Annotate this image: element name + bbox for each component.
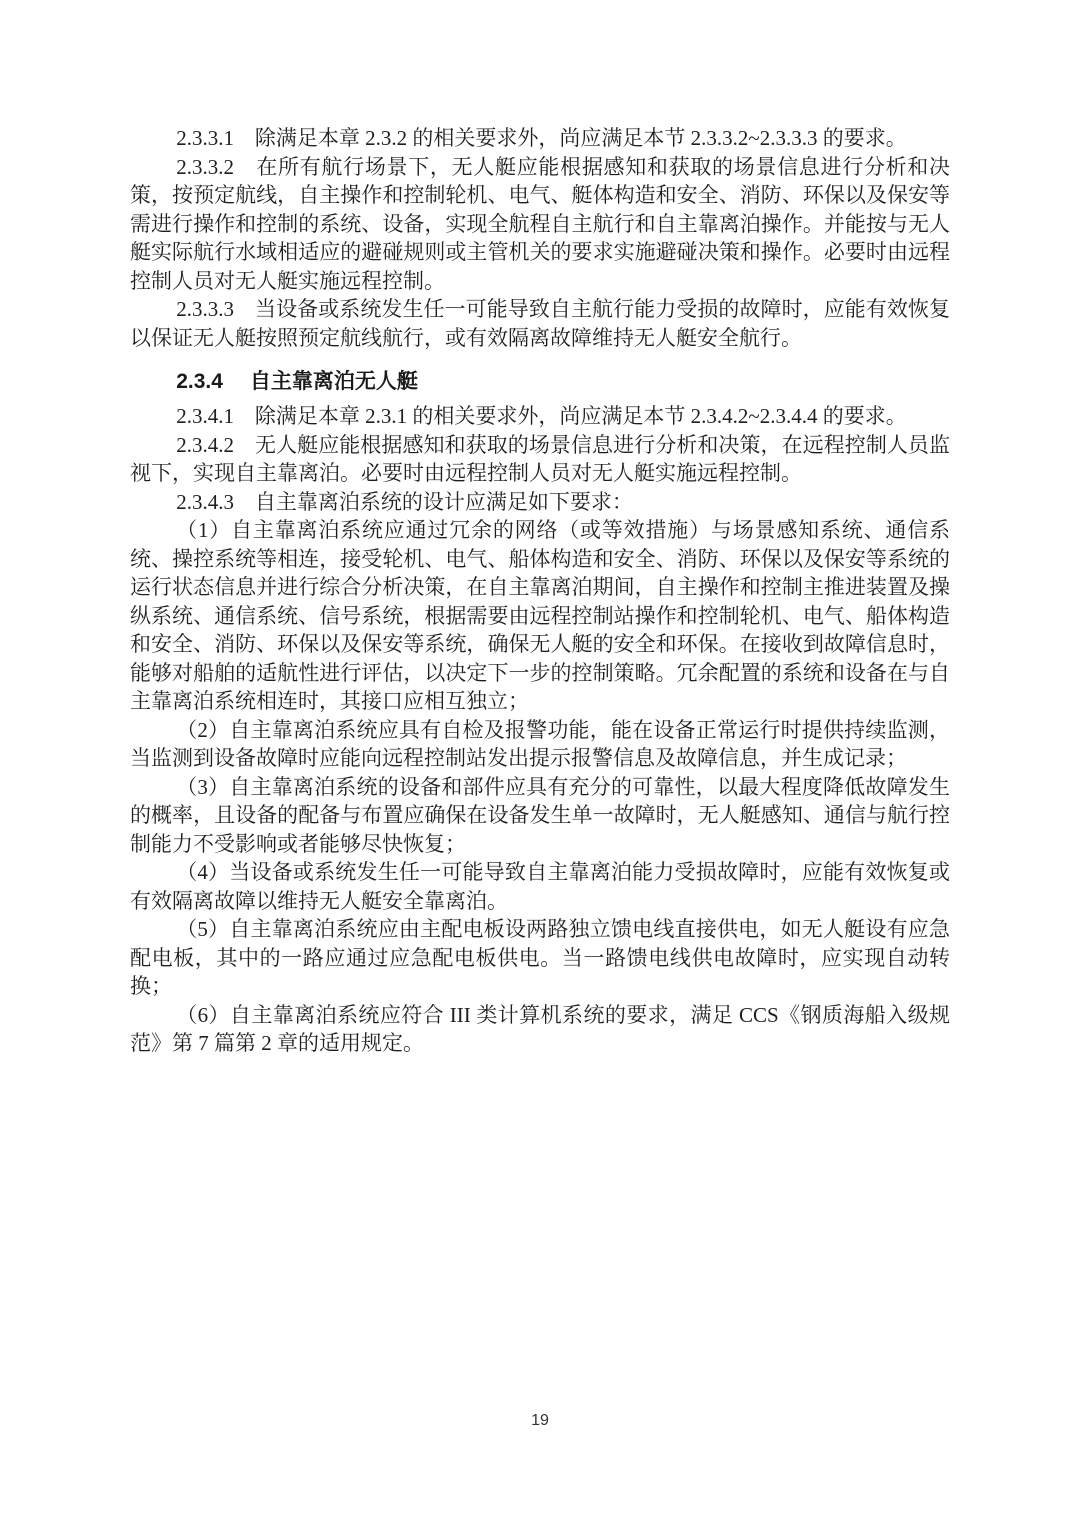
paragraph: 2.3.3.2 在所有航行场景下，无人艇应能根据感知和获取的场景信息进行分析和决… [130,153,950,296]
paragraph: （2）自主靠离泊系统应具有自检及报警功能，能在设备正常运行时提供持续监测，当监测… [130,716,950,773]
section-title: 自主靠离泊无人艇 [250,370,418,393]
paragraph: 2.3.4.3 自主靠离泊系统的设计应满足如下要求： [130,488,950,517]
paragraph: （4）当设备或系统发生任一可能导致自主靠离泊能力受损故障时，应能有效恢复或有效隔… [130,858,950,915]
paragraph: 2.3.3.3 当设备或系统发生任一可能导致自主航行能力受损的故障时，应能有效恢… [130,295,950,352]
paragraph: （6）自主靠离泊系统应符合 III 类计算机系统的要求，满足 CCS《钢质海船入… [130,1001,950,1058]
paragraph: （3）自主靠离泊系统的设备和部件应具有充分的可靠性，以最大程度降低故障发生的概率… [130,773,950,859]
paragraph: 2.3.3.1 除满足本章 2.3.2 的相关要求外，尚应满足本节 2.3.3.… [130,124,950,153]
section-number: 2.3.4 [176,370,223,393]
section-heading: 2.3.4自主靠离泊无人艇 [130,367,950,396]
document-body: 2.3.3.1 除满足本章 2.3.2 的相关要求外，尚应满足本节 2.3.3.… [130,124,950,1058]
document-page: 2.3.3.1 除满足本章 2.3.2 的相关要求外，尚应满足本节 2.3.3.… [0,0,1080,1526]
paragraph: 2.3.4.2 无人艇应能根据感知和获取的场景信息进行分析和决策，在远程控制人员… [130,431,950,488]
paragraph: （1）自主靠离泊系统应通过冗余的网络（或等效措施）与场景感知系统、通信系统、操控… [130,516,950,716]
paragraph: （5）自主靠离泊系统应由主配电板设两路独立馈电线直接供电，如无人艇设有应急配电板… [130,915,950,1001]
paragraph: 2.3.4.1 除满足本章 2.3.1 的相关要求外，尚应满足本节 2.3.4.… [130,402,950,431]
page-number: 19 [0,1410,1080,1432]
